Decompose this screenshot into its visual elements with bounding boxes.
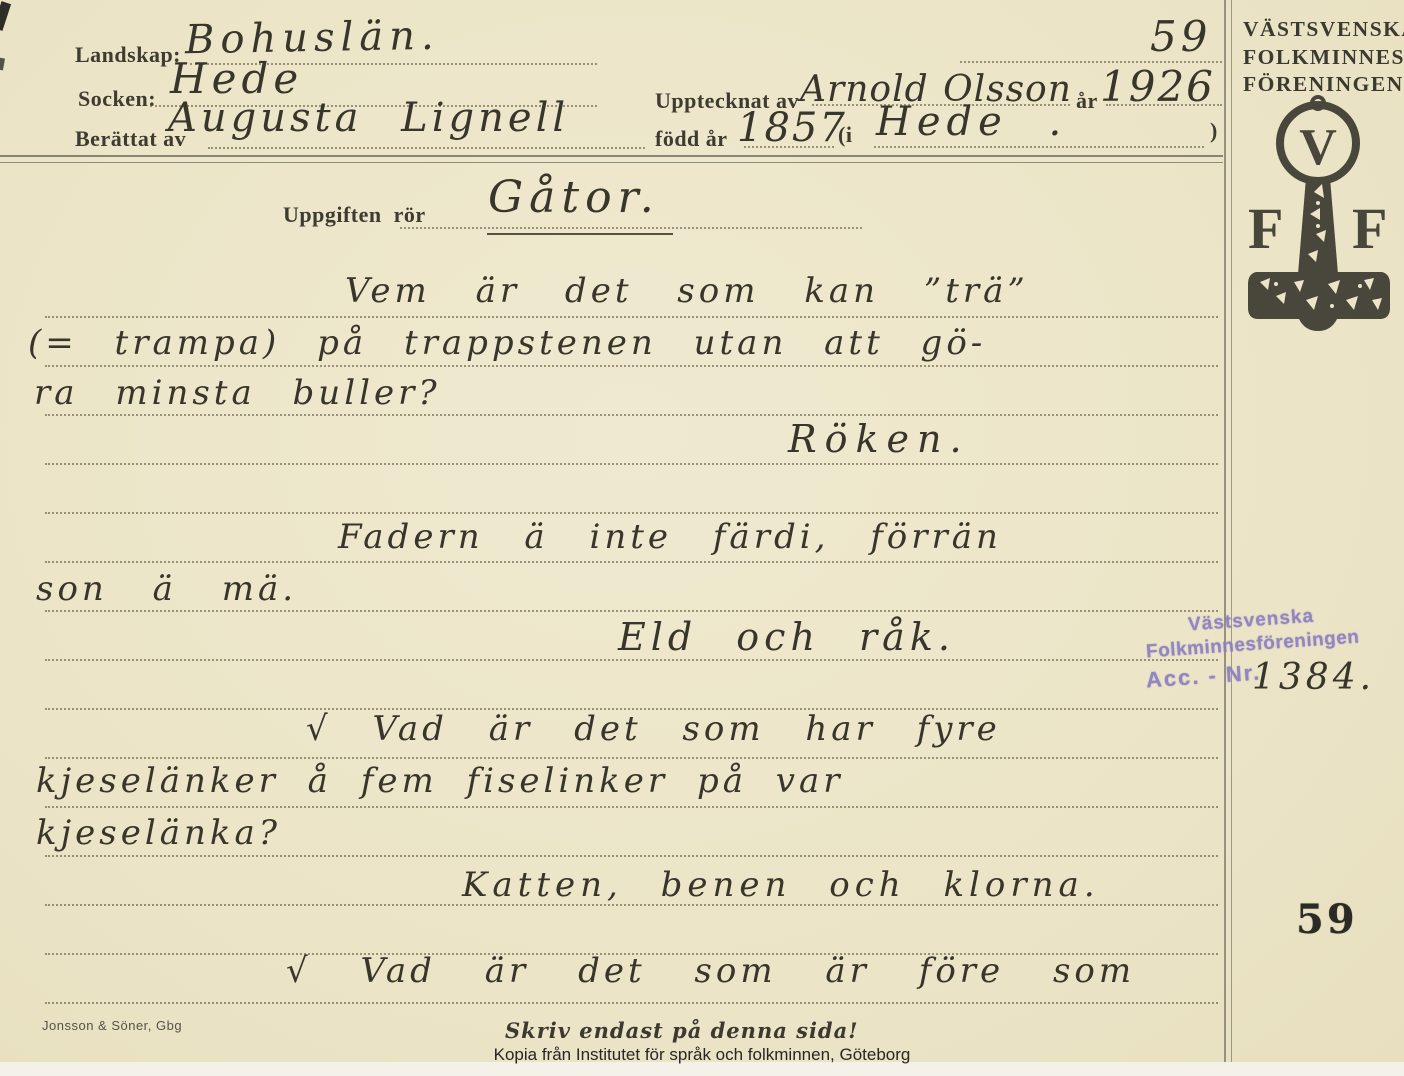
logo-letter-f-right: F xyxy=(1352,196,1387,261)
subject-label: Uppgiften rör xyxy=(283,204,426,226)
scan-artifact xyxy=(0,1,11,31)
handwritten-line: √ Vad är det som har fyre xyxy=(306,712,1001,746)
form-line xyxy=(208,147,645,149)
fodd-label: född år xyxy=(655,128,728,150)
handwritten-line: Röken. xyxy=(788,420,970,458)
handwritten-line: kjeselänker å fem fiselinker på var xyxy=(36,764,844,798)
archive-caption: Kopia från Institutet för språk och folk… xyxy=(0,1045,1404,1065)
sidebar-divider xyxy=(1224,0,1232,1062)
scan-artifact xyxy=(0,58,5,71)
ruled-line xyxy=(45,1002,1218,1004)
form-instruction: Skriv endast på denna sida! xyxy=(505,1018,858,1043)
ruled-line xyxy=(45,512,1218,514)
ruled-line xyxy=(45,757,1218,759)
socken-label: Socken: xyxy=(78,88,156,110)
form-line xyxy=(400,227,862,229)
ruled-line xyxy=(45,463,1218,465)
printer-mark: Jonsson & Söner, Gbg xyxy=(42,1018,182,1033)
org-line: FOLKMINNES- xyxy=(1243,44,1404,72)
handwritten-line: ra minsta buller? xyxy=(34,376,441,410)
subject-underline xyxy=(487,233,673,235)
acc-number-value: 1384. xyxy=(1252,660,1375,696)
ruled-line xyxy=(45,806,1218,808)
handwritten-line: Fadern ä inte färdi, förrän xyxy=(338,520,1002,554)
handwritten-line: (= trampa) på trappstenen utan att gö- xyxy=(28,326,986,360)
document-page: Landskap: Socken: Berättat av Upptecknat… xyxy=(0,0,1404,1076)
header-rule xyxy=(0,155,1223,163)
org-line: VÄSTSVENSKA xyxy=(1243,16,1404,44)
organization-name: VÄSTSVENSKA FOLKMINNES- FÖRENINGEN xyxy=(1243,16,1404,99)
handwritten-line: Vem är det som kan ”trä” xyxy=(345,274,1029,308)
socken-value: Hede xyxy=(170,58,303,100)
page-number-handwritten: 59 xyxy=(1150,16,1211,58)
ar-label: år xyxy=(1076,90,1098,112)
vff-hammer-logo-icon: V F F xyxy=(1240,88,1400,333)
ar-value: 1926 xyxy=(1100,66,1215,108)
logo-letter-f-left: F xyxy=(1248,196,1283,261)
subject-value: Gåtor. xyxy=(488,176,660,220)
handwritten-line: Eld och råk. xyxy=(618,618,955,656)
form-line xyxy=(874,146,1204,148)
landskap-label: Landskap: xyxy=(75,44,181,66)
handwritten-line: √ Vad är det som är före som xyxy=(286,954,1135,988)
ruled-line xyxy=(45,365,1218,367)
paren-close-label: ) xyxy=(1210,120,1218,142)
ruled-line xyxy=(45,610,1218,612)
page-number-stamp: 59 xyxy=(1296,896,1358,943)
fodd-value: 1857 xyxy=(737,108,847,148)
ruled-line xyxy=(45,561,1218,563)
ruled-line xyxy=(45,414,1218,416)
logo-letter-v: V xyxy=(1299,119,1337,176)
ruled-line xyxy=(45,855,1218,857)
handwritten-line: son ä mä. xyxy=(36,572,297,606)
fodd-place-value: Hede . xyxy=(876,102,1067,142)
ruled-line xyxy=(45,316,1218,318)
ruled-line xyxy=(45,659,1218,661)
handwritten-line: kjeselänka? xyxy=(36,816,281,850)
handwritten-line: Katten, benen och klorna. xyxy=(462,868,1100,902)
berattat-value: Augusta Lignell xyxy=(168,98,569,138)
